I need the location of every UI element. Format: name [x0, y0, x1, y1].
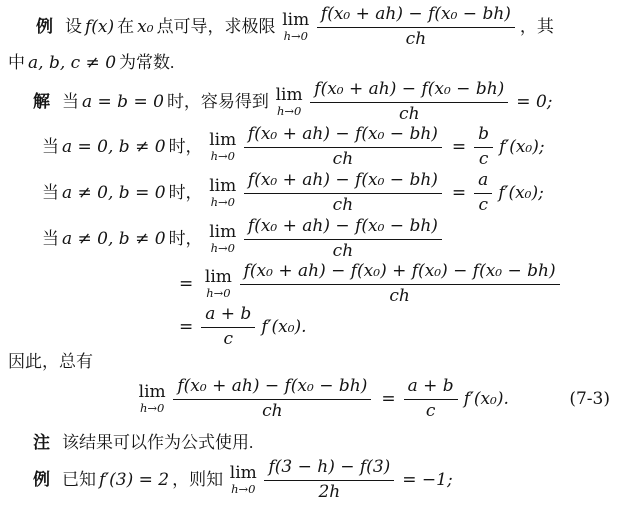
limit-expression: lim h→0 f(x₀ + ah) − f(x₀ − bh) ch — [134, 377, 374, 421]
fraction-numerator: f(x₀ + ah) − f(x₀ − bh) — [310, 80, 508, 103]
text-run: 设 — [65, 17, 82, 37]
text-run: 当 — [62, 92, 79, 112]
coefficient-fraction: a c — [474, 171, 492, 215]
fraction: f(x₀ + ah) − f(x₀) + f(x₀) − f(x₀ − bh) … — [240, 262, 560, 306]
fraction: f(x₀ + ah) − f(x₀ − bh) ch — [244, 125, 442, 169]
conclusion-intro-line: 因此，总有 — [6, 351, 634, 373]
example-label: 例 — [36, 17, 53, 37]
fraction-numerator: f(x₀ + ah) − f(x₀ − bh) — [244, 125, 442, 148]
case-condition: a = b = 0 — [82, 92, 164, 112]
fraction-numerator: a — [474, 171, 492, 194]
fraction-numerator: b — [474, 125, 493, 148]
result-value: f′(x₀); — [498, 183, 544, 203]
math-fx: f(x) — [85, 17, 114, 37]
example-statement-line: 例 设 f(x) 在 x₀ 点可导，求极限 lim h→0 f(x₀ + ah)… — [6, 6, 634, 48]
fraction-denominator: ch — [240, 285, 560, 307]
limit-expression: lim h→0 f(x₀ + ah) − f(x₀ − bh) ch — [205, 217, 445, 261]
text-run: 时， — [169, 229, 203, 249]
fraction-denominator: c — [201, 328, 255, 350]
result-value: = 0; — [516, 92, 552, 112]
textbook-page: 例 设 f(x) 在 x₀ 点可导，求极限 lim h→0 f(x₀ + ah)… — [0, 0, 640, 511]
result-value: f′(x₀); — [499, 137, 545, 157]
fraction: f(x₀ + ah) − f(x₀ − bh) ch — [244, 171, 442, 215]
math-x0: x₀ — [137, 17, 153, 37]
lim-word: lim — [276, 87, 303, 104]
lim-subscript: h→0 — [206, 288, 230, 300]
text-run: 因此，总有 — [8, 352, 93, 372]
text-run: 在 — [117, 17, 134, 37]
lim-subscript: h→0 — [277, 106, 301, 118]
fraction-numerator: a + b — [404, 377, 458, 400]
case-condition: a = 0, b ≠ 0 — [62, 137, 166, 157]
math-constants: a, b, c ≠ 0 — [28, 53, 116, 73]
result-value: = −1; — [402, 470, 452, 490]
text-run: 该结果可以作为公式使用. — [62, 433, 253, 453]
fraction-denominator: c — [474, 194, 492, 216]
text-run: ，则知 — [172, 470, 223, 490]
equals-sign: = — [179, 274, 193, 294]
limit-expression: lim h→0 f(x₀ + ah) − f(x₀ − bh) ch — [205, 171, 445, 215]
coefficient-fraction: b c — [474, 125, 493, 169]
fraction-denominator: 2h — [264, 481, 394, 503]
limit-operator: lim h→0 — [281, 12, 311, 43]
text-run: 当 — [42, 229, 59, 249]
text-run: 当 — [42, 183, 59, 203]
text-run: ，其 — [520, 17, 554, 37]
lim-subscript: h→0 — [211, 197, 235, 209]
fraction-denominator: c — [404, 400, 458, 422]
case-condition: a ≠ 0, b ≠ 0 — [62, 229, 166, 249]
fraction-denominator: ch — [244, 194, 442, 216]
text-run: 当 — [42, 137, 59, 157]
note-label: 注 — [33, 433, 50, 453]
equals-sign: = — [452, 183, 466, 203]
result-value: f′(x₀). — [464, 389, 509, 409]
text-run: 已知 — [62, 470, 96, 490]
example-application-line: 例 已知 f′(3) = 2 ，则知 lim h→0 f(3 − h) − f(… — [6, 457, 634, 503]
statement-continuation-line: 中 a, b, c ≠ 0 为常数. — [6, 52, 634, 74]
lim-word: lim — [230, 465, 257, 482]
limit-expression: lim h→0 f(x₀ + ah) − f(x₀ − bh) ch — [271, 80, 511, 124]
text-run: 时， — [169, 137, 203, 157]
equals-sign: = — [179, 317, 193, 337]
fraction-numerator: f(x₀ + ah) − f(x₀ − bh) — [173, 377, 371, 400]
fraction-denominator: ch — [244, 148, 442, 170]
limit-operator: lim h→0 — [228, 465, 258, 496]
solution-case-line: 当 a ≠ 0, b ≠ 0 时， lim h→0 f(x₀ + ah) − f… — [6, 218, 634, 260]
fraction-numerator: a + b — [201, 305, 255, 328]
fraction: f(x₀ + ah) − f(x₀ − bh) ch — [310, 80, 508, 124]
fraction: f(x₀ + ah) − f(x₀ − bh) ch — [173, 377, 371, 421]
coefficient-fraction: a + b c — [404, 377, 458, 421]
fraction-denominator: ch — [317, 28, 515, 50]
solution-case-line: 解 当 a = b = 0 时，容易得到 lim h→0 f(x₀ + ah) … — [6, 82, 634, 122]
limit-expression: lim h→0 f(x₀ + ah) − f(x₀ − bh) ch — [205, 125, 445, 169]
equals-sign: = — [452, 137, 466, 157]
given-value: f′(3) = 2 — [99, 470, 169, 490]
fraction-denominator: ch — [173, 400, 371, 422]
lim-subscript: h→0 — [284, 31, 308, 43]
limit-operator: lim h→0 — [274, 87, 304, 118]
fraction-denominator: c — [474, 148, 493, 170]
lim-subscript: h→0 — [211, 151, 235, 163]
text-run: 时，容易得到 — [167, 92, 269, 112]
lim-word: lim — [209, 178, 236, 195]
lim-word: lim — [209, 132, 236, 149]
fraction-numerator: f(x₀ + ah) − f(x₀ − bh) — [317, 5, 515, 28]
solution-case-line: 当 a = 0, b ≠ 0 时， lim h→0 f(x₀ + ah) − f… — [6, 125, 634, 169]
limit-operator: lim h→0 — [137, 384, 167, 415]
text-run: 为常数. — [119, 53, 174, 73]
fraction-numerator: f(3 − h) − f(3) — [264, 458, 394, 481]
solution-case-line: 当 a ≠ 0, b = 0 时， lim h→0 f(x₀ + ah) − f… — [6, 171, 634, 215]
example-label: 例 — [33, 470, 50, 490]
note-line: 注 该结果可以作为公式使用. — [6, 432, 634, 454]
lim-subscript: h→0 — [211, 243, 235, 255]
limit-operator: lim h→0 — [208, 178, 238, 209]
lim-word: lim — [205, 269, 232, 286]
limit-operator: lim h→0 — [208, 224, 238, 255]
solution-label: 解 — [33, 92, 50, 112]
text-run: 中 — [8, 53, 25, 73]
lim-word: lim — [209, 224, 236, 241]
lim-word: lim — [282, 12, 309, 29]
lim-subscript: h→0 — [140, 403, 164, 415]
numbered-formula-line: lim h→0 f(x₀ + ah) − f(x₀ − bh) ch = a +… — [6, 377, 634, 421]
fraction: f(x₀ + ah) − f(x₀ − bh) ch — [244, 217, 442, 261]
limit-expression: lim h→0 f(3 − h) − f(3) 2h — [225, 458, 397, 502]
result-value: f′(x₀). — [261, 317, 306, 337]
text-run: 点可导，求极限 — [157, 17, 276, 37]
fraction-denominator: ch — [310, 103, 508, 125]
lim-word: lim — [139, 384, 166, 401]
fraction-numerator: f(x₀ + ah) − f(x₀) + f(x₀) − f(x₀ − bh) — [240, 262, 560, 285]
text-run: 时， — [169, 183, 203, 203]
fraction-numerator: f(x₀ + ah) − f(x₀ − bh) — [244, 217, 442, 240]
fraction: f(x₀ + ah) − f(x₀ − bh) ch — [317, 5, 515, 49]
fraction-denominator: ch — [244, 240, 442, 262]
limit-expression: lim h→0 f(x₀ + ah) − f(x₀) + f(x₀) − f(x… — [200, 262, 562, 306]
fraction: f(3 − h) − f(3) 2h — [264, 458, 394, 502]
case-condition: a ≠ 0, b = 0 — [62, 183, 166, 203]
derivation-step-line: = lim h→0 f(x₀ + ah) − f(x₀) + f(x₀) − f… — [6, 262, 634, 306]
fraction-numerator: f(x₀ + ah) − f(x₀ − bh) — [244, 171, 442, 194]
limit-operator: lim h→0 — [203, 269, 233, 300]
limit-operator: lim h→0 — [208, 132, 238, 163]
equals-sign: = — [381, 389, 395, 409]
lim-subscript: h→0 — [231, 484, 255, 496]
derivation-result-line: = a + b c f′(x₀). — [6, 308, 634, 346]
limit-expression: lim h→0 f(x₀ + ah) − f(x₀ − bh) ch — [278, 5, 518, 49]
equation-number: (7-3) — [569, 389, 634, 409]
coefficient-fraction: a + b c — [201, 305, 255, 349]
